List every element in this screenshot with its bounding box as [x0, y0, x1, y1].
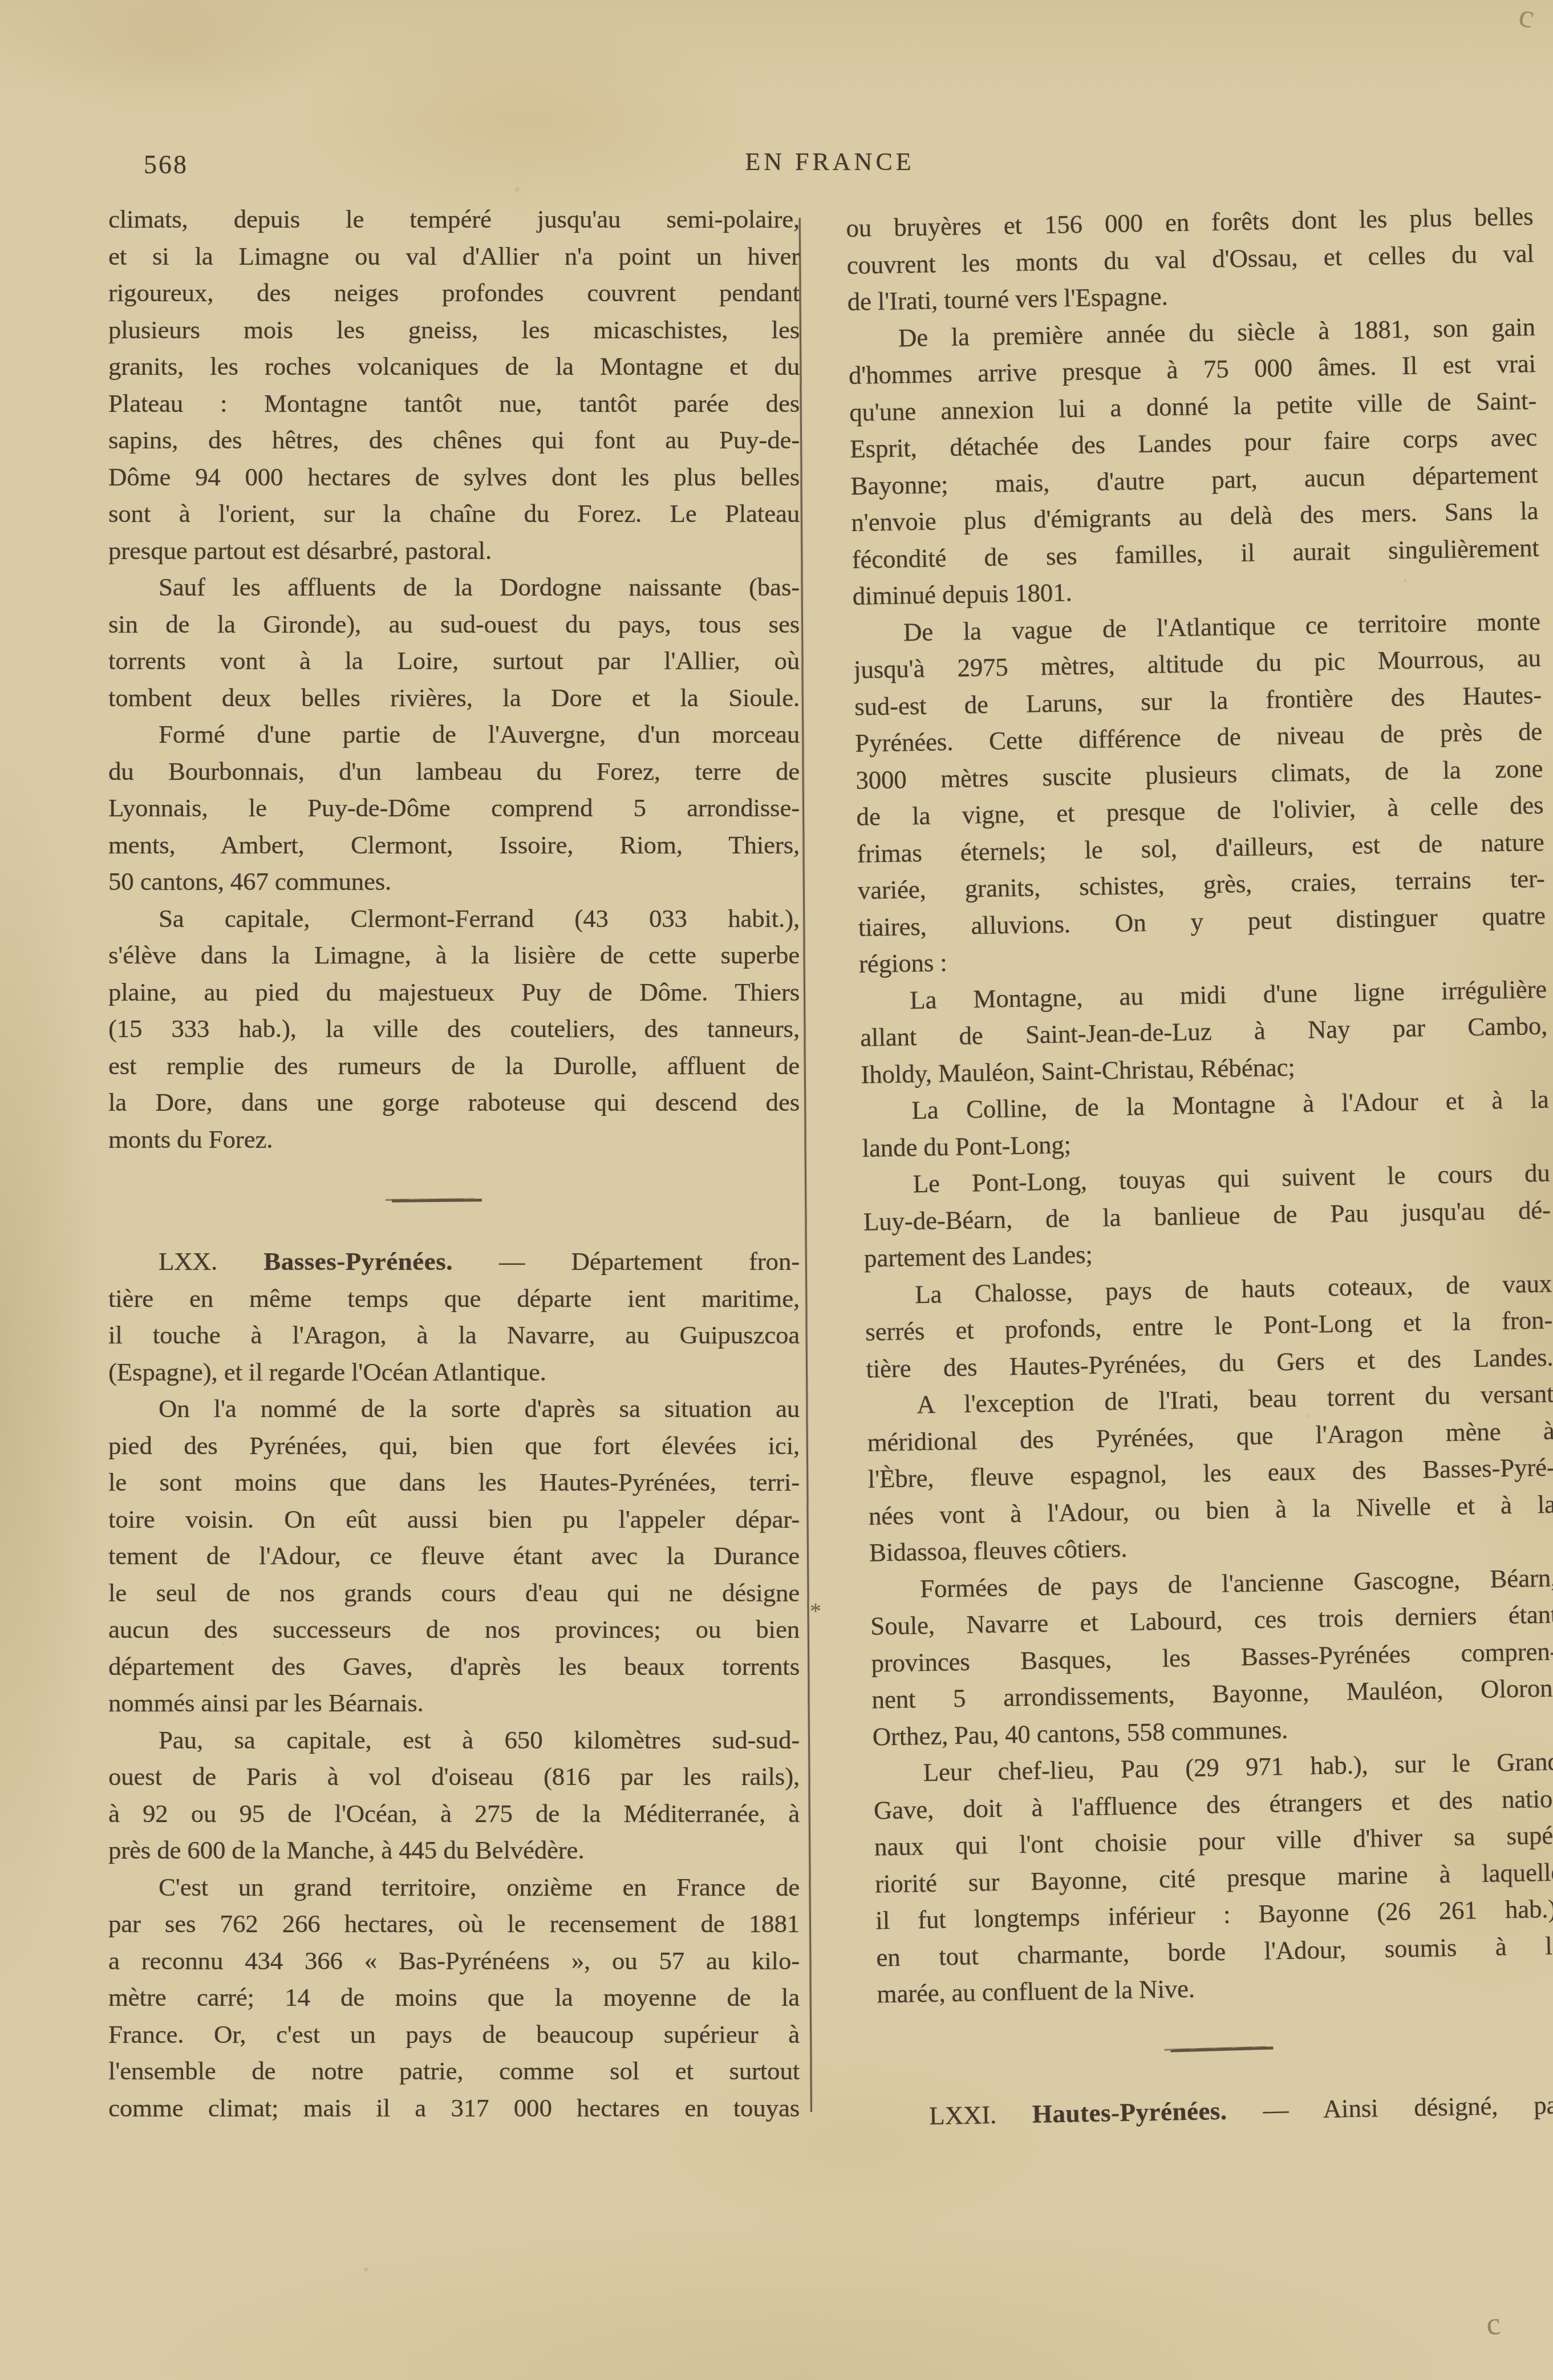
text-line: département des Gaves, d'après les beaux… [108, 1648, 800, 1685]
text-line: près de 600 de la Manche, à 445 du Belvé… [108, 1832, 800, 1869]
page-number: 568 [144, 149, 188, 180]
section-heading-line: LXX. Basses-Pyrénées. — Département fron… [108, 1243, 800, 1280]
text-line: la Dore, dans une gorge raboteuse qui de… [108, 1084, 800, 1121]
margin-asterisk-mark: * [810, 1597, 821, 1624]
text-line: presque partout est désarbré, pastoral. [108, 532, 800, 569]
text-line: climats, depuis le tempéré jusqu'au semi… [108, 201, 800, 238]
text-line: sin de la Gironde), au sud-ouest du pays… [108, 606, 800, 643]
text-line: à 92 ou 95 de l'Océan, à 275 de la Médit… [108, 1795, 800, 1832]
text-line: France. Or, c'est un pays de beaucoup su… [108, 2016, 800, 2053]
text-line: Formé d'une partie de l'Auvergne, d'un m… [108, 716, 800, 753]
text-line: torrents vont à la Loire, surtout par l'… [108, 642, 800, 679]
divider-rule [392, 1199, 482, 1203]
left-column: climats, depuis le tempéré jusqu'au semi… [108, 201, 800, 2126]
text-line: du Bourbonnais, d'un lambeau du Forez, t… [108, 753, 800, 790]
text-line: (15 333 hab.), la ville des couteliers, … [108, 1010, 800, 1047]
text-line: pied des Pyrénées, qui, bien que fort él… [108, 1427, 800, 1464]
section-divider [108, 1157, 800, 1243]
text-line: par ses 762 266 hectares, où le recensem… [108, 1905, 800, 1942]
text-line: tière en même temps que départe ient mar… [108, 1280, 800, 1317]
text-line: (Espagne), et il regarde l'Océan Atlanti… [108, 1354, 800, 1391]
text-line: Sa capitale, Clermont-Ferrand (43 033 ha… [108, 900, 800, 937]
text-line: sapins, des hêtres, des chênes qui font … [108, 422, 800, 459]
stain-mark-bottom-right: c [1485, 2305, 1502, 2343]
text-line: est remplie des rumeurs de la Durolle, a… [108, 1047, 800, 1084]
text-line: toire voisin. On eût aussi bien pu l'app… [108, 1501, 800, 1538]
text-line: ments, Ambert, Clermont, Issoire, Riom, … [108, 827, 800, 864]
text-line: granits, les roches volcaniques de la Mo… [108, 348, 800, 385]
text-line: Lyonnais, le Puy-de-Dôme comprend 5 arro… [108, 790, 800, 827]
text-line: sont à l'orient, sur la chaîne du Forez.… [108, 495, 800, 532]
text-line: 50 cantons, 467 communes. [108, 863, 800, 900]
text-line: tombent deux belles rivières, la Dore et… [108, 679, 800, 717]
text-line: plaine, au pied du majestueux Puy de Dôm… [108, 974, 800, 1011]
text-line: Pau, sa capitale, est à 650 kilomètres s… [108, 1722, 800, 1759]
text-line: mètre carré; 14 de moins que la moyenne … [108, 1979, 800, 2016]
text-line: le sont moins que dans les Hautes-Pyréné… [108, 1464, 800, 1501]
text-line: ouest de Paris à vol d'oiseau (816 par l… [108, 1758, 800, 1795]
text-line: a reconnu 434 366 « Bas-Pyrénéens », ou … [108, 1942, 800, 1980]
text-line: plusieurs mois les gneiss, les micaschis… [108, 311, 800, 349]
text-line: nommés ainsi par les Béarnais. [108, 1685, 800, 1722]
book-page: 568 EN FRANCE climats, depuis le tempéré… [0, 0, 1553, 2380]
text-line: monts du Forez. [108, 1121, 800, 1158]
section-title: Basses-Pyrénées. [263, 1247, 453, 1276]
text-line: tement de l'Adour, ce fleuve étant avec … [108, 1537, 800, 1574]
section-title: Hautes-Pyrénées. [1032, 2096, 1227, 2128]
text-line: l'ensemble de notre patrie, comme sol et… [108, 2053, 800, 2090]
right-column: ou bruyères et 156 000 en forêts dont le… [846, 198, 1553, 2135]
divider-rule [1170, 2046, 1273, 2052]
running-head: EN FRANCE [741, 147, 918, 176]
text-line: s'élève dans la Limagne, à la lisière de… [108, 937, 800, 974]
text-line: et si la Limagne ou val d'Allier n'a poi… [108, 238, 800, 275]
text-line: aucun des successeurs de nos provinces; … [108, 1611, 800, 1648]
text-line: On l'a nommé de la sorte d'après sa situ… [108, 1390, 800, 1427]
stain-mark-top-right: c [1515, 0, 1538, 36]
text-line: le seul de nos grands cours d'eau qui ne… [108, 1574, 800, 1612]
text-line: il touche à l'Aragon, à la Navarre, au G… [108, 1317, 800, 1354]
text-line: Plateau : Montagne tantôt nue, tantôt pa… [108, 385, 800, 422]
text-line: Dôme 94 000 hectares de sylves dont les … [108, 459, 800, 496]
text-line: C'est un grand territoire, onzième en Fr… [108, 1869, 800, 1906]
section-divider [877, 2001, 1553, 2098]
text-line: Sauf les affluents de la Dordogne naissa… [108, 569, 800, 606]
text-line: comme climat; mais il a 317 000 hectares… [108, 2090, 800, 2127]
text-line: rigoureux, des neiges profondes couvrent… [108, 274, 800, 311]
column-divider-rule [799, 218, 812, 2112]
